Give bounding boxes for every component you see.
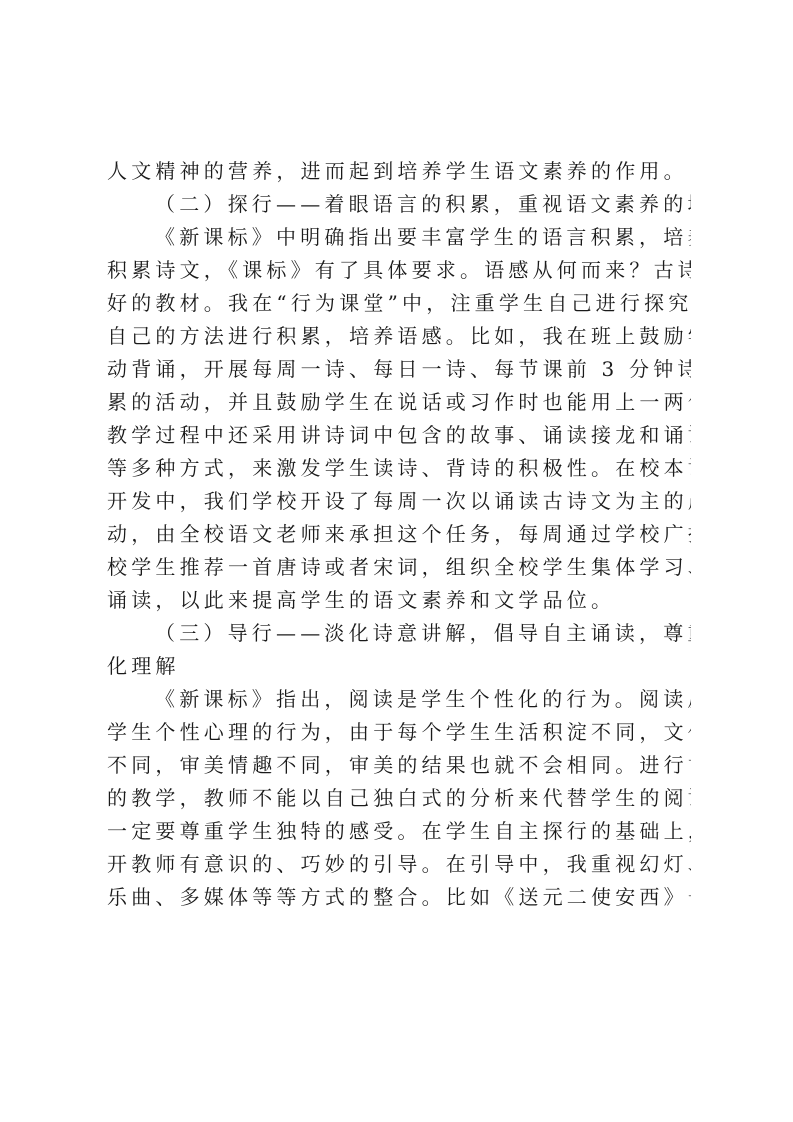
text-line: 人文精神的营养，进而起到培养学生语文素养的作用。 [107,155,691,188]
text-line: 开教师有意识的、巧妙的引导。在引导中，我重视幻灯、图画、 [107,848,691,881]
text-line: 开发中，我们学校开设了每周一次以诵读古诗文为主的晨读活 [107,485,691,518]
text-line: 自己的方法进行积累，培养语感。比如，我在班上鼓励学生主 [107,320,691,353]
text-line: 教学过程中还采用讲诗词中包含的故事、诵读接龙和诵读比赛 [107,419,691,452]
text-line: 《新课标》指出，阅读是学生个性化的行为。阅读反映着 [107,683,691,716]
text-line: 好的教材。我在“行为课堂”中，注重学生自己进行探究，用 [107,287,691,320]
text-line: 积累诗文，《课标》有了具体要求。语感从何而来？古诗词是最 [107,254,691,287]
document-page: 人文精神的营养，进而起到培养学生语文素养的作用。 （二）探行——着眼语言的积累，… [107,155,691,914]
text-line: 一定要尊重学生独特的感受。在学生自主探行的基础上，离不 [107,815,691,848]
text-line: 学生个性心理的行为，由于每个学生生活积淀不同，文化底蕴 [107,716,691,749]
text-line: 的教学，教师不能以自己独白式的分析来代替学生的阅读实践， [107,782,691,815]
text-line: 化理解 [107,650,691,683]
text-line: 动背诵，开展每周一诗、每日一诗、每节课前 3 分钟诗词句积 [107,353,691,386]
section-heading-2: （二）探行——着眼语言的积累，重视语文素养的培养 [107,188,691,221]
text-line: 诵读，以此来提高学生的语文素养和文学品位。 [107,584,691,617]
text-line: 不同，审美情趣不同，审美的结果也就不会相同。进行古诗文 [107,749,691,782]
text-line: 校学生推荐一首唐诗或者宋词，组织全校学生集体学习、集体 [107,551,691,584]
text-line: 乐曲、多媒体等等方式的整合。比如《送元二使安西》一诗（今 [107,881,691,914]
text-line: 《新课标》中明确指出要丰富学生的语言积累，培养语感。 [107,221,691,254]
section-heading-3: （三）导行——淡化诗意讲解，倡导自主诵读，尊重个性 [107,617,691,650]
text-line: 等多种方式，来激发学生读诗、背诗的积极性。在校本课程的 [107,452,691,485]
text-line: 累的活动，并且鼓励学生在说话或习作时也能用上一两句古诗。 [107,386,691,419]
text-line: 动，由全校语文老师来承担这个任务，每周通过学校广播给全 [107,518,691,551]
